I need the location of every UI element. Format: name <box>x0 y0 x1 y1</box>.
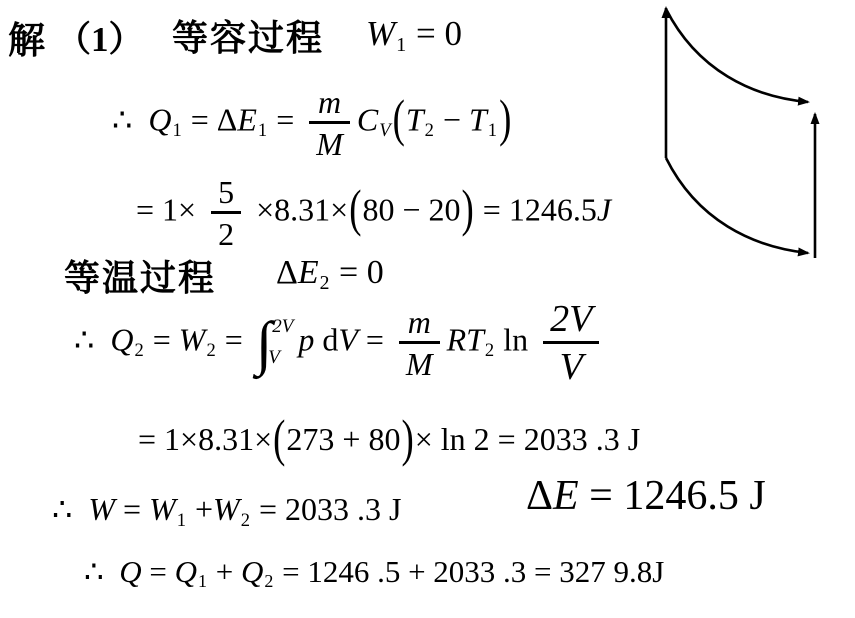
math-token: 2 <box>425 120 434 141</box>
math-token: = 1246.5 <box>475 191 597 227</box>
math-token: W <box>366 14 395 53</box>
pv-diagram-sketch <box>652 0 830 266</box>
math-token: ∴ <box>52 491 88 527</box>
math-token: = 2033 .3 J <box>251 491 402 527</box>
math-token: 2V <box>543 300 599 344</box>
math-token: + <box>208 554 241 589</box>
math-token: = 1×8.31× <box>138 421 272 457</box>
math-token: W <box>88 491 115 527</box>
math-token: W <box>213 491 240 527</box>
math-token: × ln 2 = 2033 .3 J <box>415 421 640 457</box>
math-token: 52 <box>211 176 241 250</box>
math-token: + <box>187 491 213 527</box>
math-token: 2 <box>264 571 273 591</box>
math-token: − <box>435 101 469 137</box>
math-token: = <box>217 321 251 357</box>
math-token: ln <box>495 321 536 357</box>
isothermal-process-label: 等温过程 <box>64 250 216 301</box>
math-token: 273 + 80 <box>286 421 400 457</box>
formula-de-total: ΔE = 1246.5 J <box>526 472 766 520</box>
math-token: ∴ <box>112 101 148 137</box>
math-token: = <box>145 321 179 357</box>
math-token: E <box>298 254 319 291</box>
math-token: 1 <box>396 34 406 56</box>
math-token: Q <box>110 321 133 357</box>
formula-w1: W1 = 0 <box>366 14 462 54</box>
math-token: Δ <box>276 254 298 291</box>
isotherm-curve-upper <box>666 9 808 102</box>
math-token: T <box>469 101 487 137</box>
math-token: m <box>309 86 350 124</box>
math-token: 1 <box>488 120 497 141</box>
math-token: ( <box>393 87 405 148</box>
math-token: J <box>597 191 611 227</box>
math-token: Q <box>119 554 141 589</box>
math-token: V <box>379 120 390 141</box>
math-token: V <box>543 344 599 386</box>
math-token: = 0 <box>331 254 384 291</box>
formula-q2-definition: ∴ Q2 = W2 = ∫2VVp dV = mMRT2 ln 2VV <box>74 300 606 386</box>
math-token: 5 <box>211 176 241 214</box>
math-token: d <box>314 321 338 357</box>
math-token: Q <box>148 101 171 137</box>
formula-q1-definition: ∴ Q1 = ΔE1 = mMCV(T2 − T1) <box>112 86 512 160</box>
math-token: ∴ <box>74 321 110 357</box>
math-token: 2 <box>241 510 250 531</box>
math-token: ) <box>499 87 511 148</box>
math-token: 2 <box>485 340 494 361</box>
isochoric-process-label: 等容过程 <box>172 10 324 61</box>
math-token: 1 <box>258 120 267 141</box>
math-token: ( <box>273 407 285 468</box>
formula-q2-value: = 1×8.31×(273 + 80)× ln 2 = 2033 .3 J <box>138 416 640 459</box>
math-token: = 0 <box>407 14 462 53</box>
math-token: ×8.31× <box>248 191 348 227</box>
solution-slide: 解 （1） 等容过程 W1 = 0 ∴ Q1 = ΔE1 = mMCV(T2 −… <box>0 0 855 618</box>
math-token: V <box>338 321 358 357</box>
math-token: = <box>115 491 149 527</box>
math-token: 2VV <box>543 300 599 386</box>
math-token: = <box>358 321 392 357</box>
math-token: 1 <box>177 510 186 531</box>
math-token: mM <box>309 86 350 160</box>
math-token: E <box>237 101 257 137</box>
math-token: Q <box>241 554 263 589</box>
math-token: 2V <box>272 317 293 336</box>
formula-de2: ΔE2 = 0 <box>276 254 384 292</box>
math-token: W <box>179 321 206 357</box>
formula-q1-value: = 1× 52 ×8.31×(80 − 20) = 1246.5J <box>136 176 611 250</box>
math-token: mM <box>399 306 440 380</box>
math-token: E <box>553 473 579 519</box>
math-token: 80 − 20 <box>362 191 460 227</box>
math-token: ) <box>401 407 413 468</box>
math-token: = <box>142 554 175 589</box>
math-token: = <box>268 101 302 137</box>
math-token: ( <box>349 177 361 238</box>
math-token: C <box>357 101 378 137</box>
math-token: = Δ <box>183 101 238 137</box>
math-token: ∴ <box>84 554 119 589</box>
part-number: （1） <box>56 12 144 62</box>
math-token: ∫2VV <box>256 315 294 372</box>
math-token: m <box>399 306 440 344</box>
math-token: 2 <box>320 272 330 294</box>
math-token: M <box>309 124 350 160</box>
math-token: 1 <box>198 571 207 591</box>
math-token: V <box>268 348 293 367</box>
math-token: 2 <box>206 340 215 361</box>
math-token: ) <box>462 177 474 238</box>
math-token: M <box>399 344 440 380</box>
math-token: = 1246.5 J <box>579 473 766 519</box>
math-token: Q <box>175 554 197 589</box>
math-token: 2 <box>134 340 143 361</box>
math-token: = 1246 .5 + 2033 .3 = 327 9.8J <box>274 554 664 589</box>
solution-label: 解 <box>8 10 47 64</box>
math-token: 2 <box>211 214 241 250</box>
math-token: p <box>298 321 314 357</box>
math-token: W <box>149 491 176 527</box>
math-token: T <box>406 101 424 137</box>
math-token: 2VV <box>272 315 293 372</box>
math-token: 1 <box>172 120 181 141</box>
math-token: RT <box>447 321 484 357</box>
math-token: Δ <box>526 473 553 519</box>
formula-q-total: ∴ Q = Q1 + Q2 = 1246 .5 + 2033 .3 = 327 … <box>84 554 664 590</box>
math-token: = 1× <box>136 191 204 227</box>
isotherm-curve-lower <box>666 158 808 253</box>
formula-w-total: ∴ W = W1 +W2 = 2033 .3 J <box>52 490 401 528</box>
